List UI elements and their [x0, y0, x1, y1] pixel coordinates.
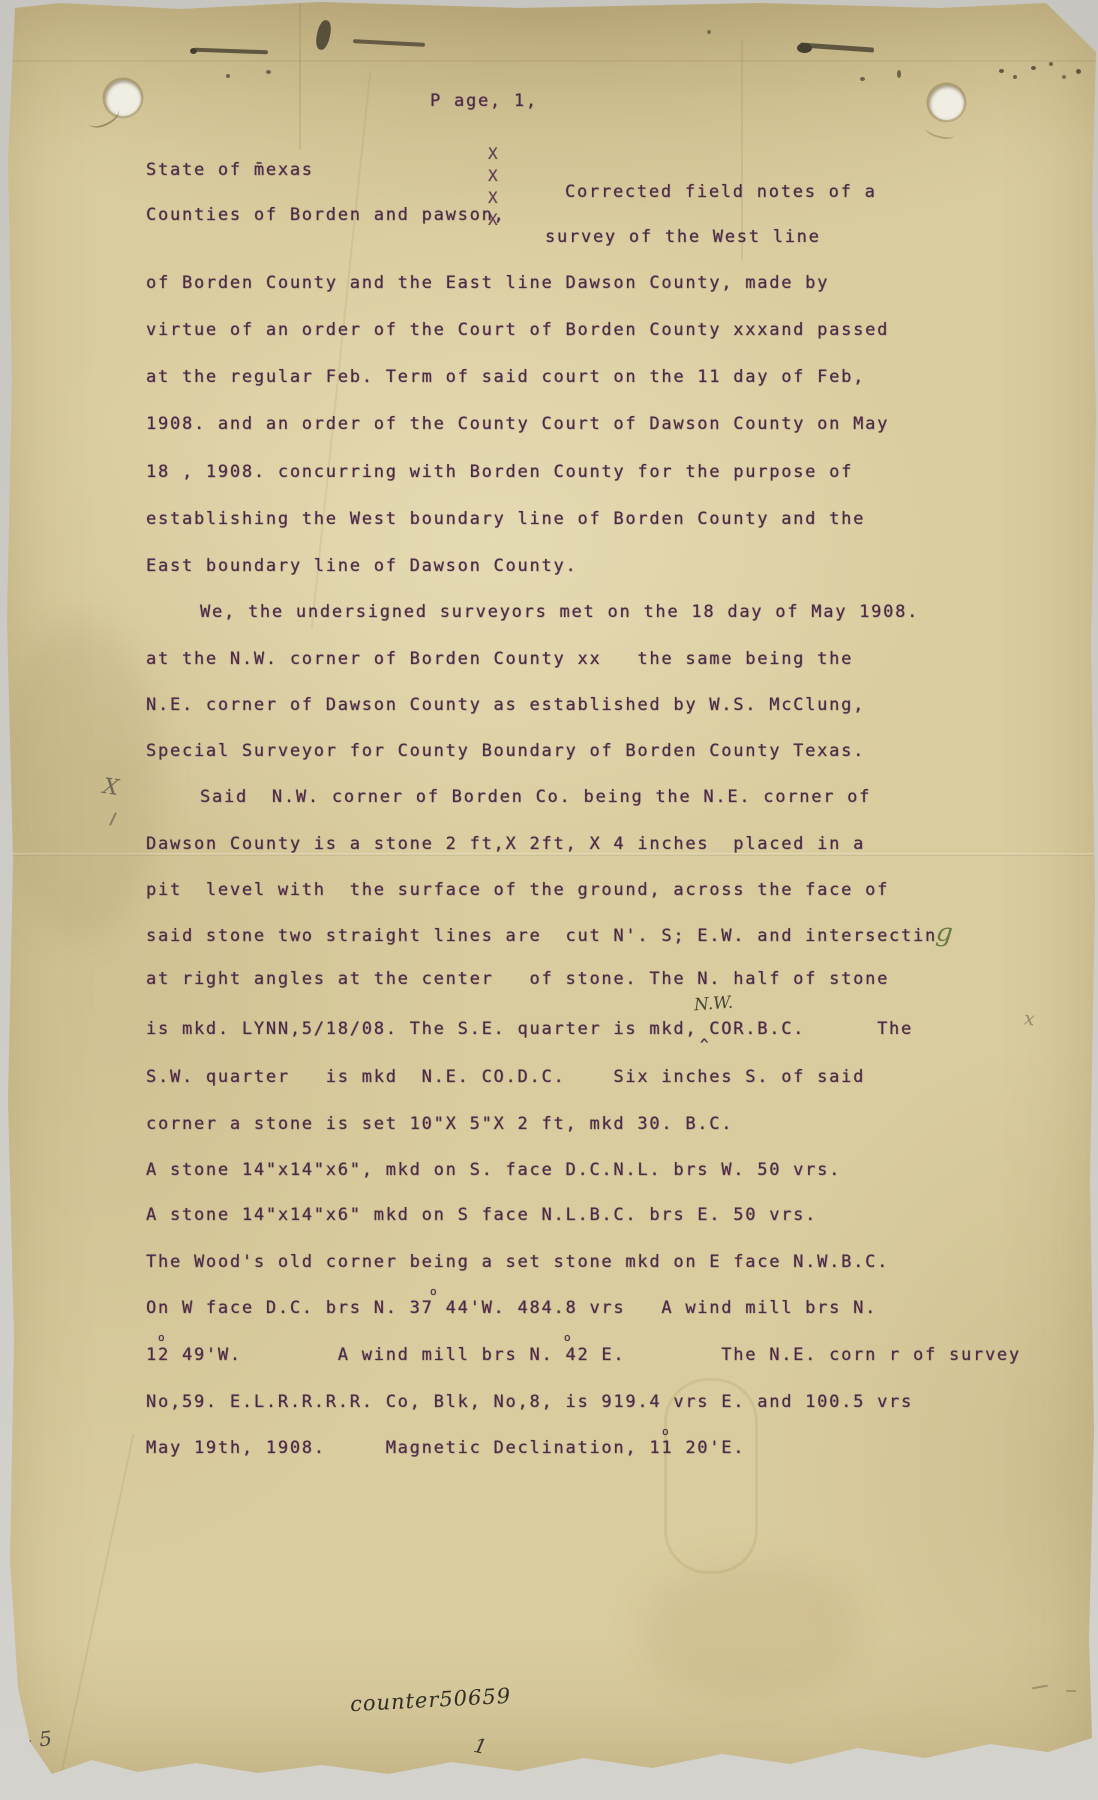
crease — [0, 60, 1098, 62]
handwritten-page-number: 1 — [472, 1733, 489, 1759]
typed-line: establishing the West boundary line of B… — [146, 510, 865, 529]
typed-line: said stone two straight lines are cut N'… — [146, 927, 937, 946]
handwritten-insertion-nw: N.W. — [693, 993, 733, 1016]
ink-smudge — [860, 77, 865, 81]
degree-mark: o — [158, 1332, 165, 1343]
insertion-caret: ^ — [700, 1036, 710, 1055]
ink-smudge — [1062, 75, 1066, 79]
ink-smudge — [1076, 69, 1081, 74]
ink-smudge — [707, 30, 711, 34]
page-label: P age, 1, — [430, 92, 538, 111]
typed-line: East boundary line of Dawson County. — [146, 557, 577, 576]
header-brace-glyph: X — [488, 146, 498, 162]
degree-mark: o — [564, 1332, 571, 1343]
degree-mark: o — [430, 1286, 437, 1297]
header-left-line-1: State of m̄exas — [146, 161, 314, 180]
handwritten-counter-number: counter50659 — [349, 1684, 511, 1716]
typed-line: Said N.W. corner of Borden Co. being the… — [200, 788, 871, 807]
ink-smudge — [797, 43, 812, 53]
typed-line: 12 49'W. A wind mill brs N. 42 E. The N.… — [146, 1346, 1021, 1365]
typed-line: N.E. corner of Dawson County as establis… — [146, 696, 865, 715]
typed-line: Dawson County is a stone 2 ft,X 2ft, X 4… — [146, 835, 865, 854]
typed-line: 18 , 1908. concurring with Borden County… — [146, 463, 853, 482]
punch-hole-right — [929, 85, 964, 120]
typed-line: May 19th, 1908. Magnetic Declination, 11… — [146, 1439, 745, 1458]
header-right-line-2: survey of the West line — [545, 228, 821, 247]
typed-line: No,59. E.L.R.R.R.R. Co, Blk, No,8, is 91… — [146, 1393, 913, 1412]
typed-line: corner a stone is set 10"X 5"X 2 ft, mkd… — [146, 1115, 733, 1134]
ink-smudge — [190, 48, 197, 54]
crease — [311, 71, 372, 628]
typed-line: pit level with the surface of the ground… — [146, 881, 889, 900]
ink-smudge — [1013, 75, 1017, 79]
header-left-line-2: Counties of Borden and pawson, — [146, 206, 506, 225]
crease — [58, 1434, 135, 1787]
ink-smudge — [266, 70, 271, 74]
ink-smudge — [1031, 66, 1036, 70]
pencil-dash — [1066, 1690, 1076, 1692]
pencil-dash — [1032, 1685, 1048, 1690]
paper: P age, 1, State of m̄exas Counties of Bo… — [0, 0, 1098, 1800]
punch-hole-right-scratch — [924, 122, 956, 141]
typed-line: at the N.W. corner of Borden County xx t… — [146, 650, 853, 669]
header-brace-glyph: X — [488, 212, 498, 228]
header-right-line-1: Corrected field notes of a — [565, 183, 877, 202]
typed-line: at the regular Feb. Term of said court o… — [146, 368, 865, 387]
crease — [299, 0, 301, 150]
typed-line: S.W. quarter is mkd N.E. CO.D.C. Six inc… — [146, 1068, 865, 1087]
handwritten-plus-five: + 5 — [15, 1726, 53, 1754]
typed-line: We, the undersigned surveyors met on the… — [200, 603, 919, 622]
handwritten-g: g — [934, 917, 954, 949]
stain — [640, 1560, 860, 1700]
ink-smudge — [1049, 62, 1053, 66]
typed-line: On W face D.C. brs N. 37 44'W. 484.8 vrs… — [146, 1299, 877, 1318]
typed-line: A stone 14"x14"x6" mkd on S face N.L.B.C… — [146, 1206, 817, 1225]
header-brace-glyph: X — [488, 190, 498, 206]
degree-mark: o — [662, 1426, 669, 1437]
typed-line: 1908. and an order of the County Court o… — [146, 415, 889, 434]
typed-line: virtue of an order of the Court of Borde… — [146, 321, 889, 340]
stain — [0, 620, 160, 940]
typed-line: A stone 14"x14"x6", mkd on S. face D.C.N… — [146, 1161, 841, 1180]
typed-line: at right angles at the center of stone. … — [146, 970, 889, 989]
pencil-check-x: x — [1023, 1008, 1036, 1031]
typed-line: Special Surveyor for County Boundary of … — [146, 742, 865, 761]
ink-smudge — [897, 70, 901, 78]
pencil-x-mark: X — [101, 774, 120, 801]
scan-background: P age, 1, State of m̄exas Counties of Bo… — [0, 0, 1098, 1800]
ink-smudge — [226, 74, 230, 78]
ink-smudge — [353, 39, 425, 47]
typed-line: is mkd. LYNN,5/18/08. The S.E. quarter i… — [146, 1020, 913, 1039]
ink-smudge — [194, 48, 268, 55]
ink-smudge — [999, 69, 1004, 73]
ink-smudge — [314, 19, 333, 51]
typed-line: The Wood's old corner being a set stone … — [146, 1253, 889, 1272]
header-brace-glyph: X — [488, 168, 498, 184]
typed-line: of Borden County and the East line Dawso… — [146, 274, 829, 293]
